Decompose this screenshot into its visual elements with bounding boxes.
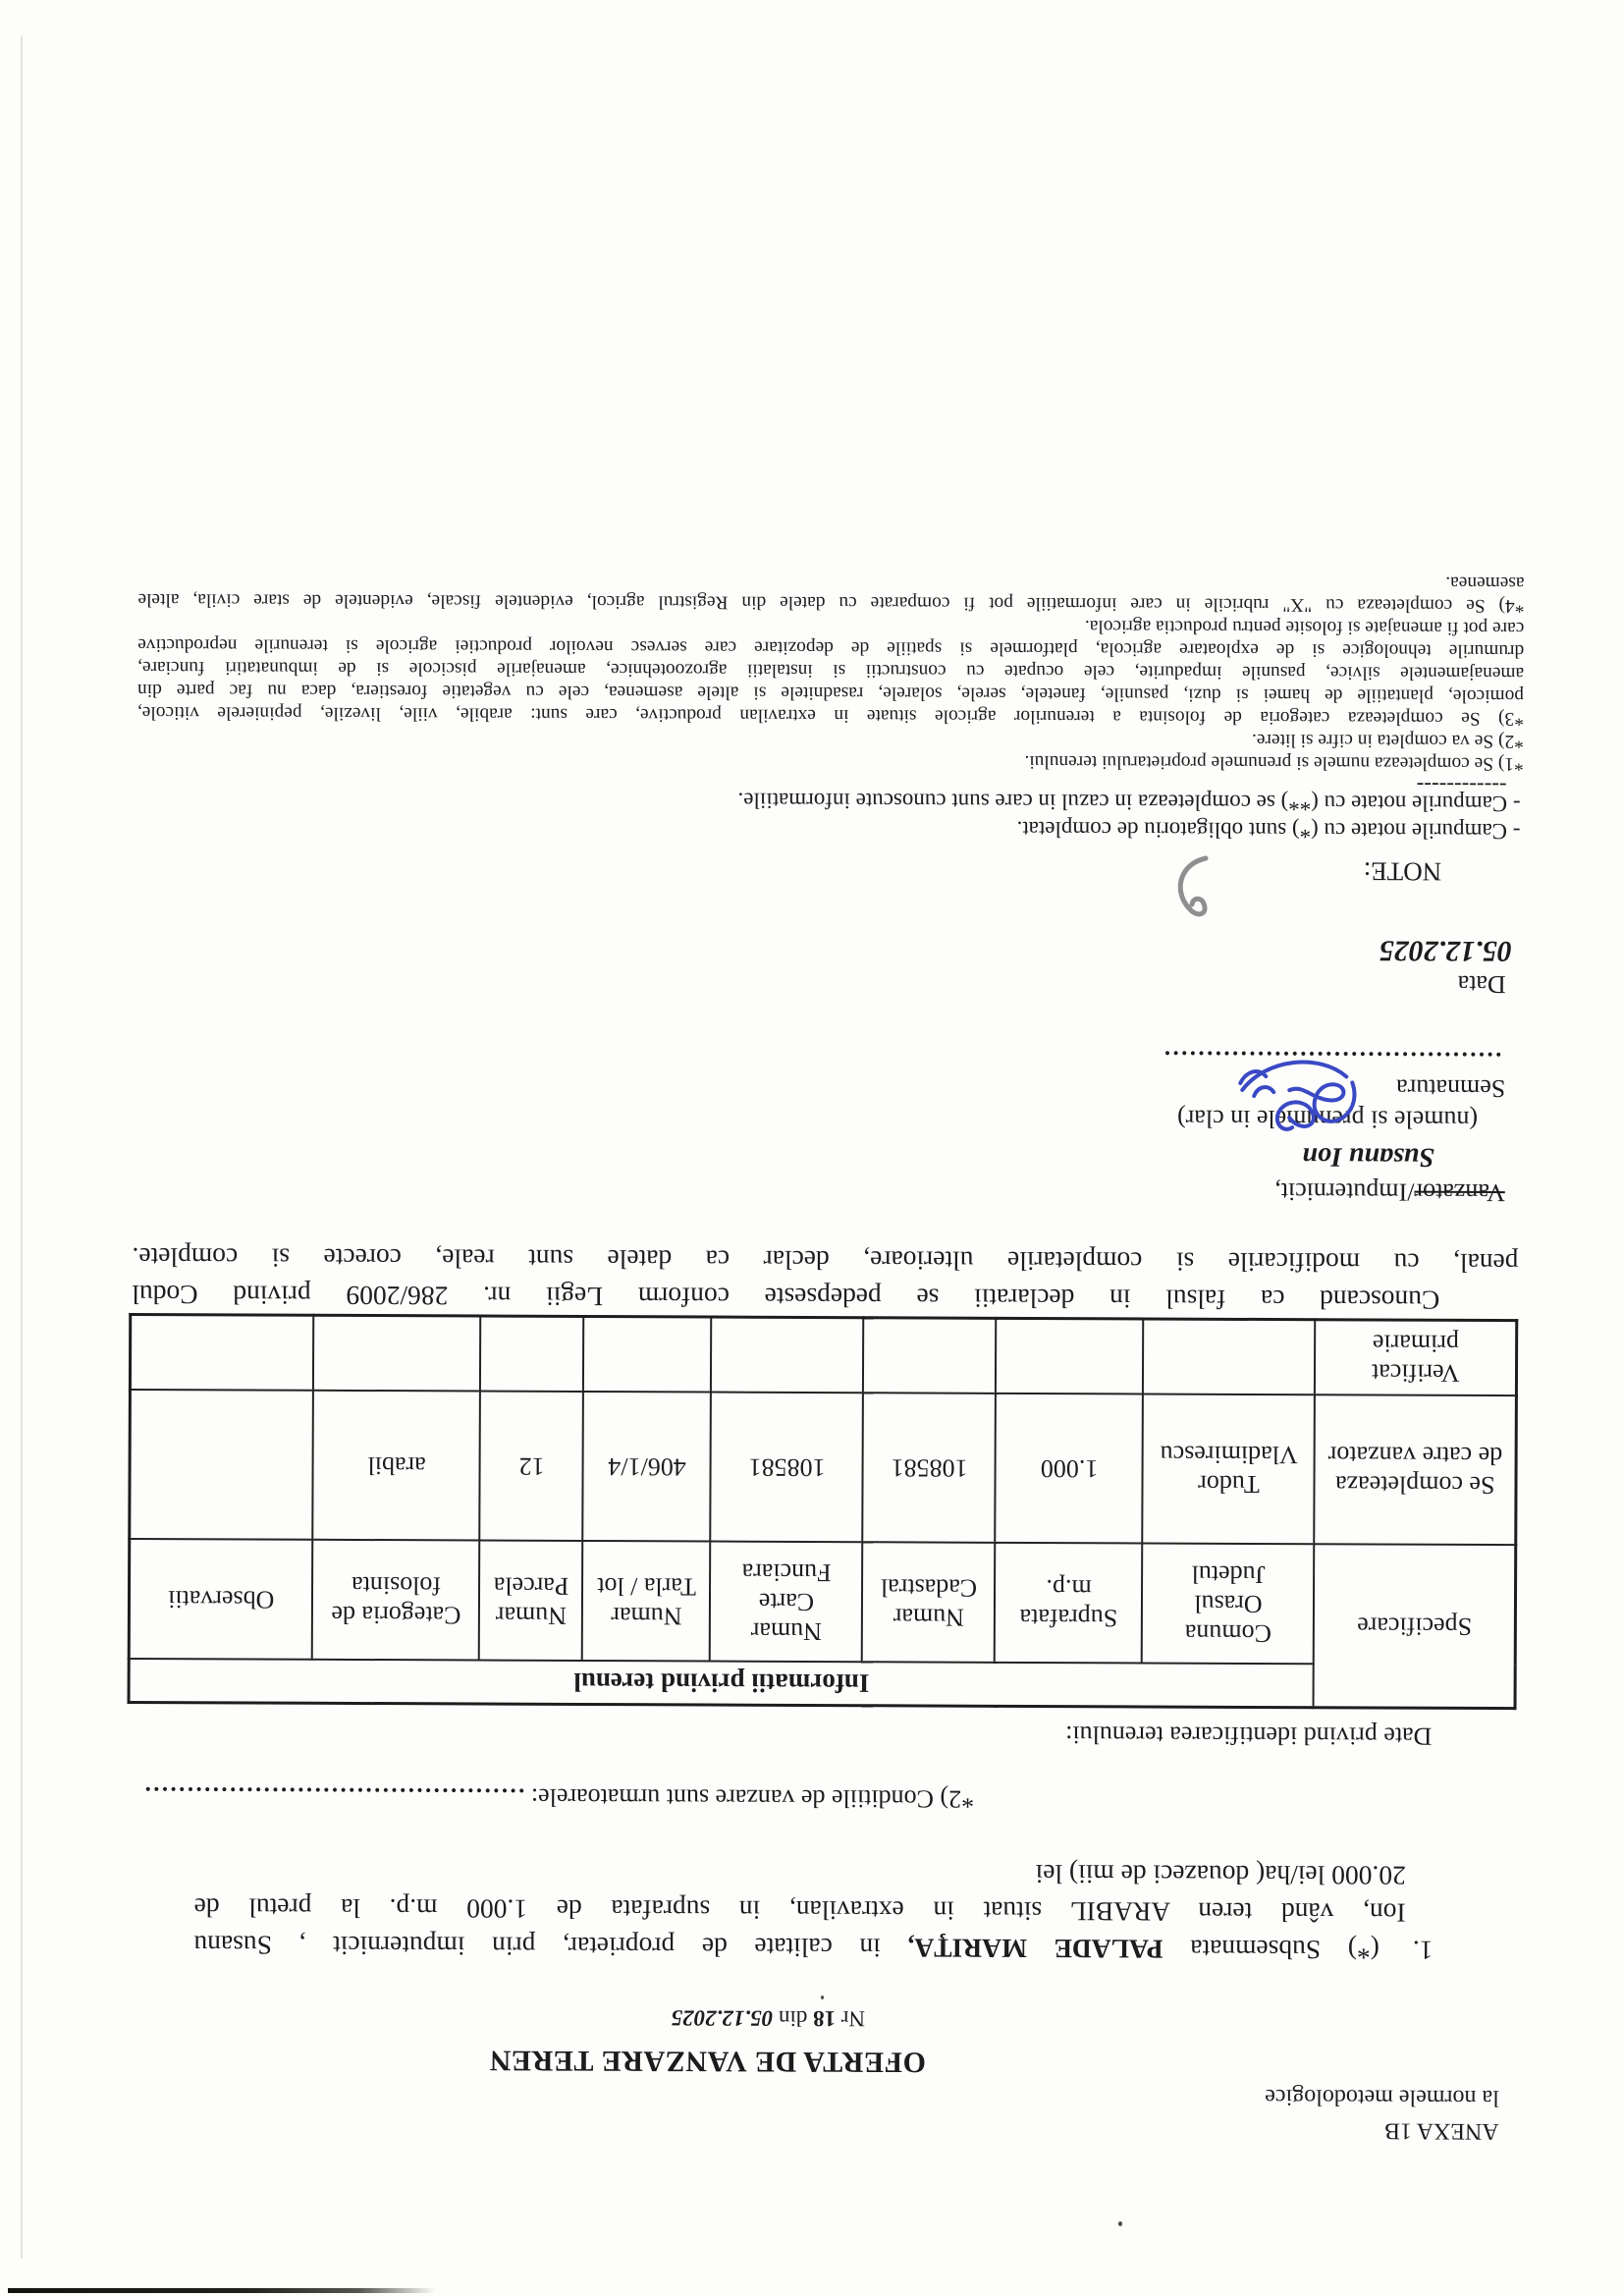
cell-v6 [313, 1315, 480, 1391]
cell-v5 [480, 1316, 583, 1392]
role-vanzator-struck: Vanzator [1414, 1178, 1505, 1207]
col-header-comuna: Comuna Orasul Judetul [1142, 1543, 1315, 1664]
col-header-categoria: Categoria de folosinta [312, 1540, 480, 1661]
document-page-rotated-180: ANEXA 1B la normele metodologice OFERTA … [0, 0, 1623, 2296]
scan-bottom-edge-shadow [8, 2288, 436, 2293]
conditions-dotted-line: ........................................… [142, 1781, 524, 1810]
row-label-seller: Se completeaza de catre vanzator [1315, 1394, 1517, 1545]
nr-prefix: Nr [836, 2006, 865, 2031]
note-item-1: *1) Se completeaza numele si prenumele p… [1024, 749, 1523, 774]
offer-line1-rest: in calitate de proprietar, prin imputern… [193, 1930, 907, 1963]
note-item-2: *2) Se va completa in cifre si litere. [1252, 728, 1524, 751]
cell-carte-funciara: 108581 [711, 1393, 864, 1543]
cell-tarla: 406/1/4 [583, 1392, 712, 1542]
date-value: 05.12.2025 [1380, 934, 1512, 968]
col-header-tarla: Numar Tarla / lot [582, 1541, 711, 1662]
table-band-title: Informatii privind terenul [129, 1659, 1314, 1708]
nr-mid: din [773, 2006, 813, 2031]
conditions-label: *2) Conditiile de vanzare sunt urmatoare… [524, 1783, 974, 1814]
offer-paragraph-line2: Ion, vând teren ARABIL situat in extravi… [194, 1888, 1406, 1931]
col-header-observatii: Observatii [129, 1539, 313, 1660]
signature-dotted-line: ........................................ [1162, 1045, 1501, 1074]
signature-label: Semnatura [1396, 1072, 1505, 1105]
cell-cadastral: 108581 [863, 1393, 997, 1543]
cell-observatii [130, 1390, 314, 1540]
notes-heading: NOTE: [1364, 855, 1442, 886]
cell-v0 [1143, 1319, 1315, 1394]
col-header-carte-funciara: Numar Carte Funciara [710, 1542, 863, 1663]
cell-categoria: arabil [313, 1391, 481, 1541]
table-row-label-header: Specificare [1314, 1544, 1516, 1708]
col-header-parcela: Numar Parcela [479, 1541, 583, 1661]
row-label-verificat: Verificat primarie [1315, 1320, 1516, 1395]
document-title: OFERTA DE VANZARE TEREN [489, 2044, 926, 2079]
nr-number: 18 [813, 2006, 836, 2031]
scan-speck [821, 1995, 824, 1999]
table-row-seller: Se completeaza de catre vanzator Tudor V… [130, 1390, 1517, 1545]
notes-bullet-1: - Campurile notate cu (*) sunt obligator… [1016, 815, 1520, 846]
land-info-table: Specificare Informatii privind terenul C… [128, 1313, 1519, 1710]
scanned-document: ANEXA 1B la normele metodologice OFERTA … [0, 0, 1623, 2296]
anexa-sublabel: la normele metodologice [1265, 2082, 1499, 2112]
land-identification-heading: Date privind identificarea terenului: [1065, 1719, 1432, 1753]
table-row-verificat: Verificat primarie [130, 1314, 1516, 1395]
notes-separator: ------------ [1417, 772, 1507, 800]
cell-v7 [130, 1314, 313, 1390]
cell-suprafata: 1.000 [996, 1394, 1144, 1544]
note-item-4-cont: asemenea. [1445, 571, 1524, 593]
cell-v2 [863, 1318, 996, 1394]
note-item-3-cont4: care pot fi amenajate si folosite pentru… [1085, 614, 1525, 638]
role-imputernicit: /Imputernicit, [1274, 1177, 1414, 1207]
cell-parcela: 12 [480, 1392, 584, 1541]
declaration-line1: Cunoscand ca falsul in declaratii se ped… [132, 1276, 1439, 1319]
col-header-cadastral: Numar Cadastral [862, 1542, 996, 1663]
document-number-line: Nr 18 din 05.12.2025 [672, 2003, 866, 2033]
conditions-line: *2) Conditiile de vanzare sunt urmatoare… [142, 1778, 974, 1816]
date-label: Data [1458, 968, 1506, 1001]
cell-v4 [583, 1316, 711, 1392]
cell-v3 [711, 1317, 863, 1393]
item-number: 1. [1413, 1936, 1434, 1966]
scan-speck [1118, 2221, 1122, 2226]
offer-intro: (*) Subsemnata [1163, 1935, 1380, 1966]
col-header-suprafata: Suprafata m.p. [995, 1543, 1143, 1664]
scan-page-edge-line [21, 35, 23, 2259]
notes-bullet-2: - Campurile notate cu (**) se completeaz… [737, 787, 1520, 818]
offer-paragraph-line3: 20.000 lei/ha( douazeci de mii) lei [1035, 1855, 1405, 1894]
seller-name: PALADE MARIŢA, [907, 1933, 1163, 1964]
nr-date: 05.12.2025 [672, 2005, 774, 2030]
page-curl-artifact [1166, 852, 1216, 927]
signer-role-line: Vanzator/Imputernicit, [1274, 1175, 1505, 1209]
anexa-label: ANEXA 1B [1384, 2116, 1499, 2147]
declaration-line2: penal, cu modificarile si completarile u… [132, 1238, 1518, 1282]
note-item-4: *4) Se completeaza cu "X" rubricile in c… [137, 587, 1524, 616]
cell-comuna: Tudor Vladimirescu [1143, 1394, 1316, 1544]
offer-paragraph-line1: 1.(*) Subsemnata PALADE MARIŢA, in calit… [193, 1926, 1433, 1969]
cell-v1 [996, 1318, 1143, 1394]
signer-name: Susanu Ion [1302, 1140, 1434, 1173]
